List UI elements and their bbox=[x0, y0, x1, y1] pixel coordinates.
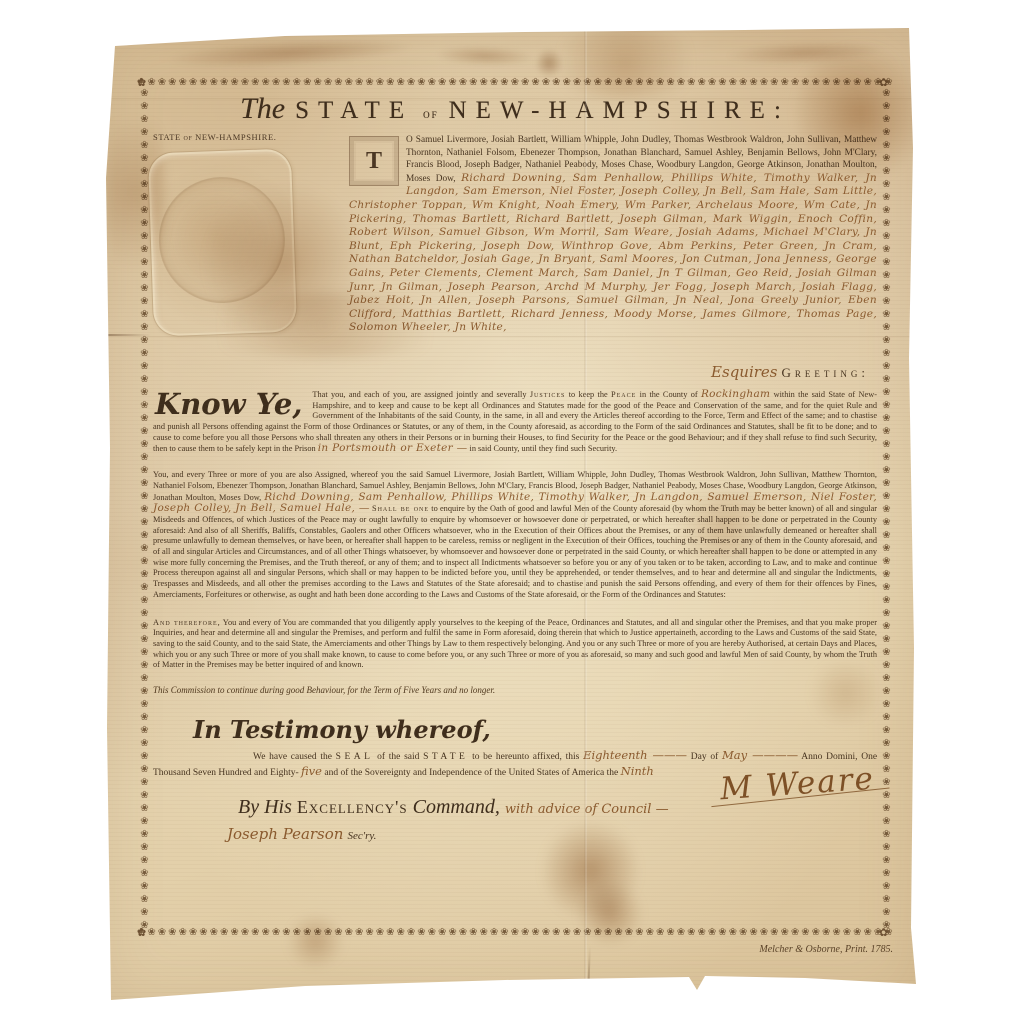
print-segment: And therefore, bbox=[153, 618, 221, 627]
command-line: By His Excellency's Command, with advice… bbox=[238, 796, 877, 819]
corner-rosette-icon: ✿ bbox=[879, 926, 893, 940]
document-body: The STATE of NEW-HAMPSHIRE: STATE of NEW… bbox=[153, 88, 877, 928]
print-segment: By His bbox=[238, 796, 292, 818]
testimony-heading: In Testimony whereof, bbox=[193, 715, 877, 744]
decorative-initial-block: T bbox=[349, 136, 399, 186]
print-segment: Command, bbox=[413, 796, 500, 818]
greeting-printed: Greeting: bbox=[782, 365, 870, 380]
month-handwritten: May ———— bbox=[722, 748, 798, 762]
ink-bleedthrough bbox=[435, 44, 536, 67]
therefore-paragraph: And therefore, You and every of You are … bbox=[153, 618, 877, 672]
print-segment: in said County, until they find such Sec… bbox=[470, 444, 618, 453]
esquires-handwritten: Esquires bbox=[711, 363, 777, 381]
ink-bleedthrough bbox=[164, 33, 415, 72]
document-title: The STATE of NEW-HAMPSHIRE: bbox=[153, 92, 877, 126]
title-of: of bbox=[423, 106, 439, 122]
addressee-section: T O Samuel Livermore, Josiah Bartlett, W… bbox=[153, 134, 877, 335]
know-ye-paragraph: Know Ye, That you, and each of you, are … bbox=[153, 389, 877, 455]
prison-handwritten: in Portsmouth or Exeter — bbox=[318, 442, 468, 454]
secretary-line: Joseph Pearson Sec'ry. bbox=[227, 825, 877, 844]
document-paper: ❀❀❀❀❀❀❀❀❀❀❀❀❀❀❀❀❀❀❀❀❀❀❀❀❀❀❀❀❀❀❀❀❀❀❀❀❀❀❀❀… bbox=[105, 28, 917, 1004]
print-segment: SEAL bbox=[336, 752, 374, 762]
know-ye-lead: Know Ye, bbox=[155, 391, 302, 417]
printer-imprint: Melcher & Osborne, Print. 1785. bbox=[759, 944, 893, 955]
print-segment: and of the Sovereignty and Independence … bbox=[324, 768, 618, 778]
ornamental-border-frame: ❀❀❀❀❀❀❀❀❀❀❀❀❀❀❀❀❀❀❀❀❀❀❀❀❀❀❀❀❀❀❀❀❀❀❀❀❀❀❀❀… bbox=[137, 76, 893, 940]
print-segment: in the County of bbox=[640, 390, 698, 399]
print-segment: STATE bbox=[423, 752, 468, 762]
print-segment: You and every of You are commanded that … bbox=[153, 618, 877, 670]
assigned-paragraph: You, and every Three or more of you are … bbox=[153, 470, 877, 600]
print-segment: Peace bbox=[611, 390, 636, 399]
commission-duration-note: This Commission to continue during good … bbox=[153, 685, 877, 695]
corner-rosette-icon: ✿ bbox=[137, 76, 151, 90]
independence-year-handwritten: Ninth bbox=[621, 764, 654, 778]
corner-rosette-icon: ✿ bbox=[879, 76, 893, 90]
greeting-line: Esquires Greeting: bbox=[153, 363, 877, 382]
year-handwritten: five bbox=[301, 764, 322, 778]
addressee-names: T O Samuel Livermore, Josiah Bartlett, W… bbox=[349, 134, 877, 335]
print-segment: Justices bbox=[530, 390, 566, 399]
print-segment: of the said bbox=[377, 752, 419, 762]
print-segment: Shall be one bbox=[372, 504, 429, 513]
print-segment: to keep the bbox=[569, 390, 608, 399]
print-segment: That you, and each of you, are assigned … bbox=[312, 390, 526, 399]
border-ornament-bottom: ❀❀❀❀❀❀❀❀❀❀❀❀❀❀❀❀❀❀❀❀❀❀❀❀❀❀❀❀❀❀❀❀❀❀❀❀❀❀❀❀… bbox=[137, 926, 893, 940]
secretary-title: Sec'ry. bbox=[347, 830, 376, 842]
corner-rosette-icon: ✿ bbox=[137, 926, 151, 940]
border-ornament-right: ❀❀❀❀❀❀❀❀❀❀❀❀❀❀❀❀❀❀❀❀❀❀❀❀❀❀❀❀❀❀❀❀❀❀❀❀❀❀❀❀… bbox=[879, 88, 893, 928]
print-segment: We have caused the bbox=[253, 752, 332, 762]
ink-bleedthrough bbox=[725, 39, 886, 67]
bottom-tear bbox=[587, 946, 591, 994]
title-new-hampshire: NEW-HAMPSHIRE: bbox=[449, 97, 790, 125]
day-handwritten: Eighteenth ——— bbox=[583, 748, 687, 762]
ink-bleedthrough bbox=[535, 48, 563, 78]
title-the: The bbox=[240, 92, 285, 126]
border-ornament-left: ❀❀❀❀❀❀❀❀❀❀❀❀❀❀❀❀❀❀❀❀❀❀❀❀❀❀❀❀❀❀❀❀❀❀❀❀❀❀❀❀… bbox=[137, 88, 151, 928]
title-state: STATE bbox=[295, 97, 413, 125]
initial-letter: T bbox=[366, 155, 382, 168]
advice-handwritten: with advice of Council — bbox=[505, 802, 669, 817]
print-segment: Day of bbox=[691, 752, 718, 762]
photo-backdrop: ❀❀❀❀❀❀❀❀❀❀❀❀❀❀❀❀❀❀❀❀❀❀❀❀❀❀❀❀❀❀❀❀❀❀❀❀❀❀❀❀… bbox=[0, 0, 1024, 1024]
print-segment: Excellency's bbox=[297, 797, 408, 817]
handwritten-names: Richard Downing, Sam Penhallow, Phillips… bbox=[349, 172, 877, 334]
print-segment: to be hereunto affixed, this bbox=[472, 752, 579, 762]
pearson-signature: Joseph Pearson bbox=[227, 825, 343, 843]
print-segment: to enquire by the Oath of good and lawfu… bbox=[153, 504, 877, 599]
county-handwritten: Rockingham bbox=[701, 388, 770, 400]
